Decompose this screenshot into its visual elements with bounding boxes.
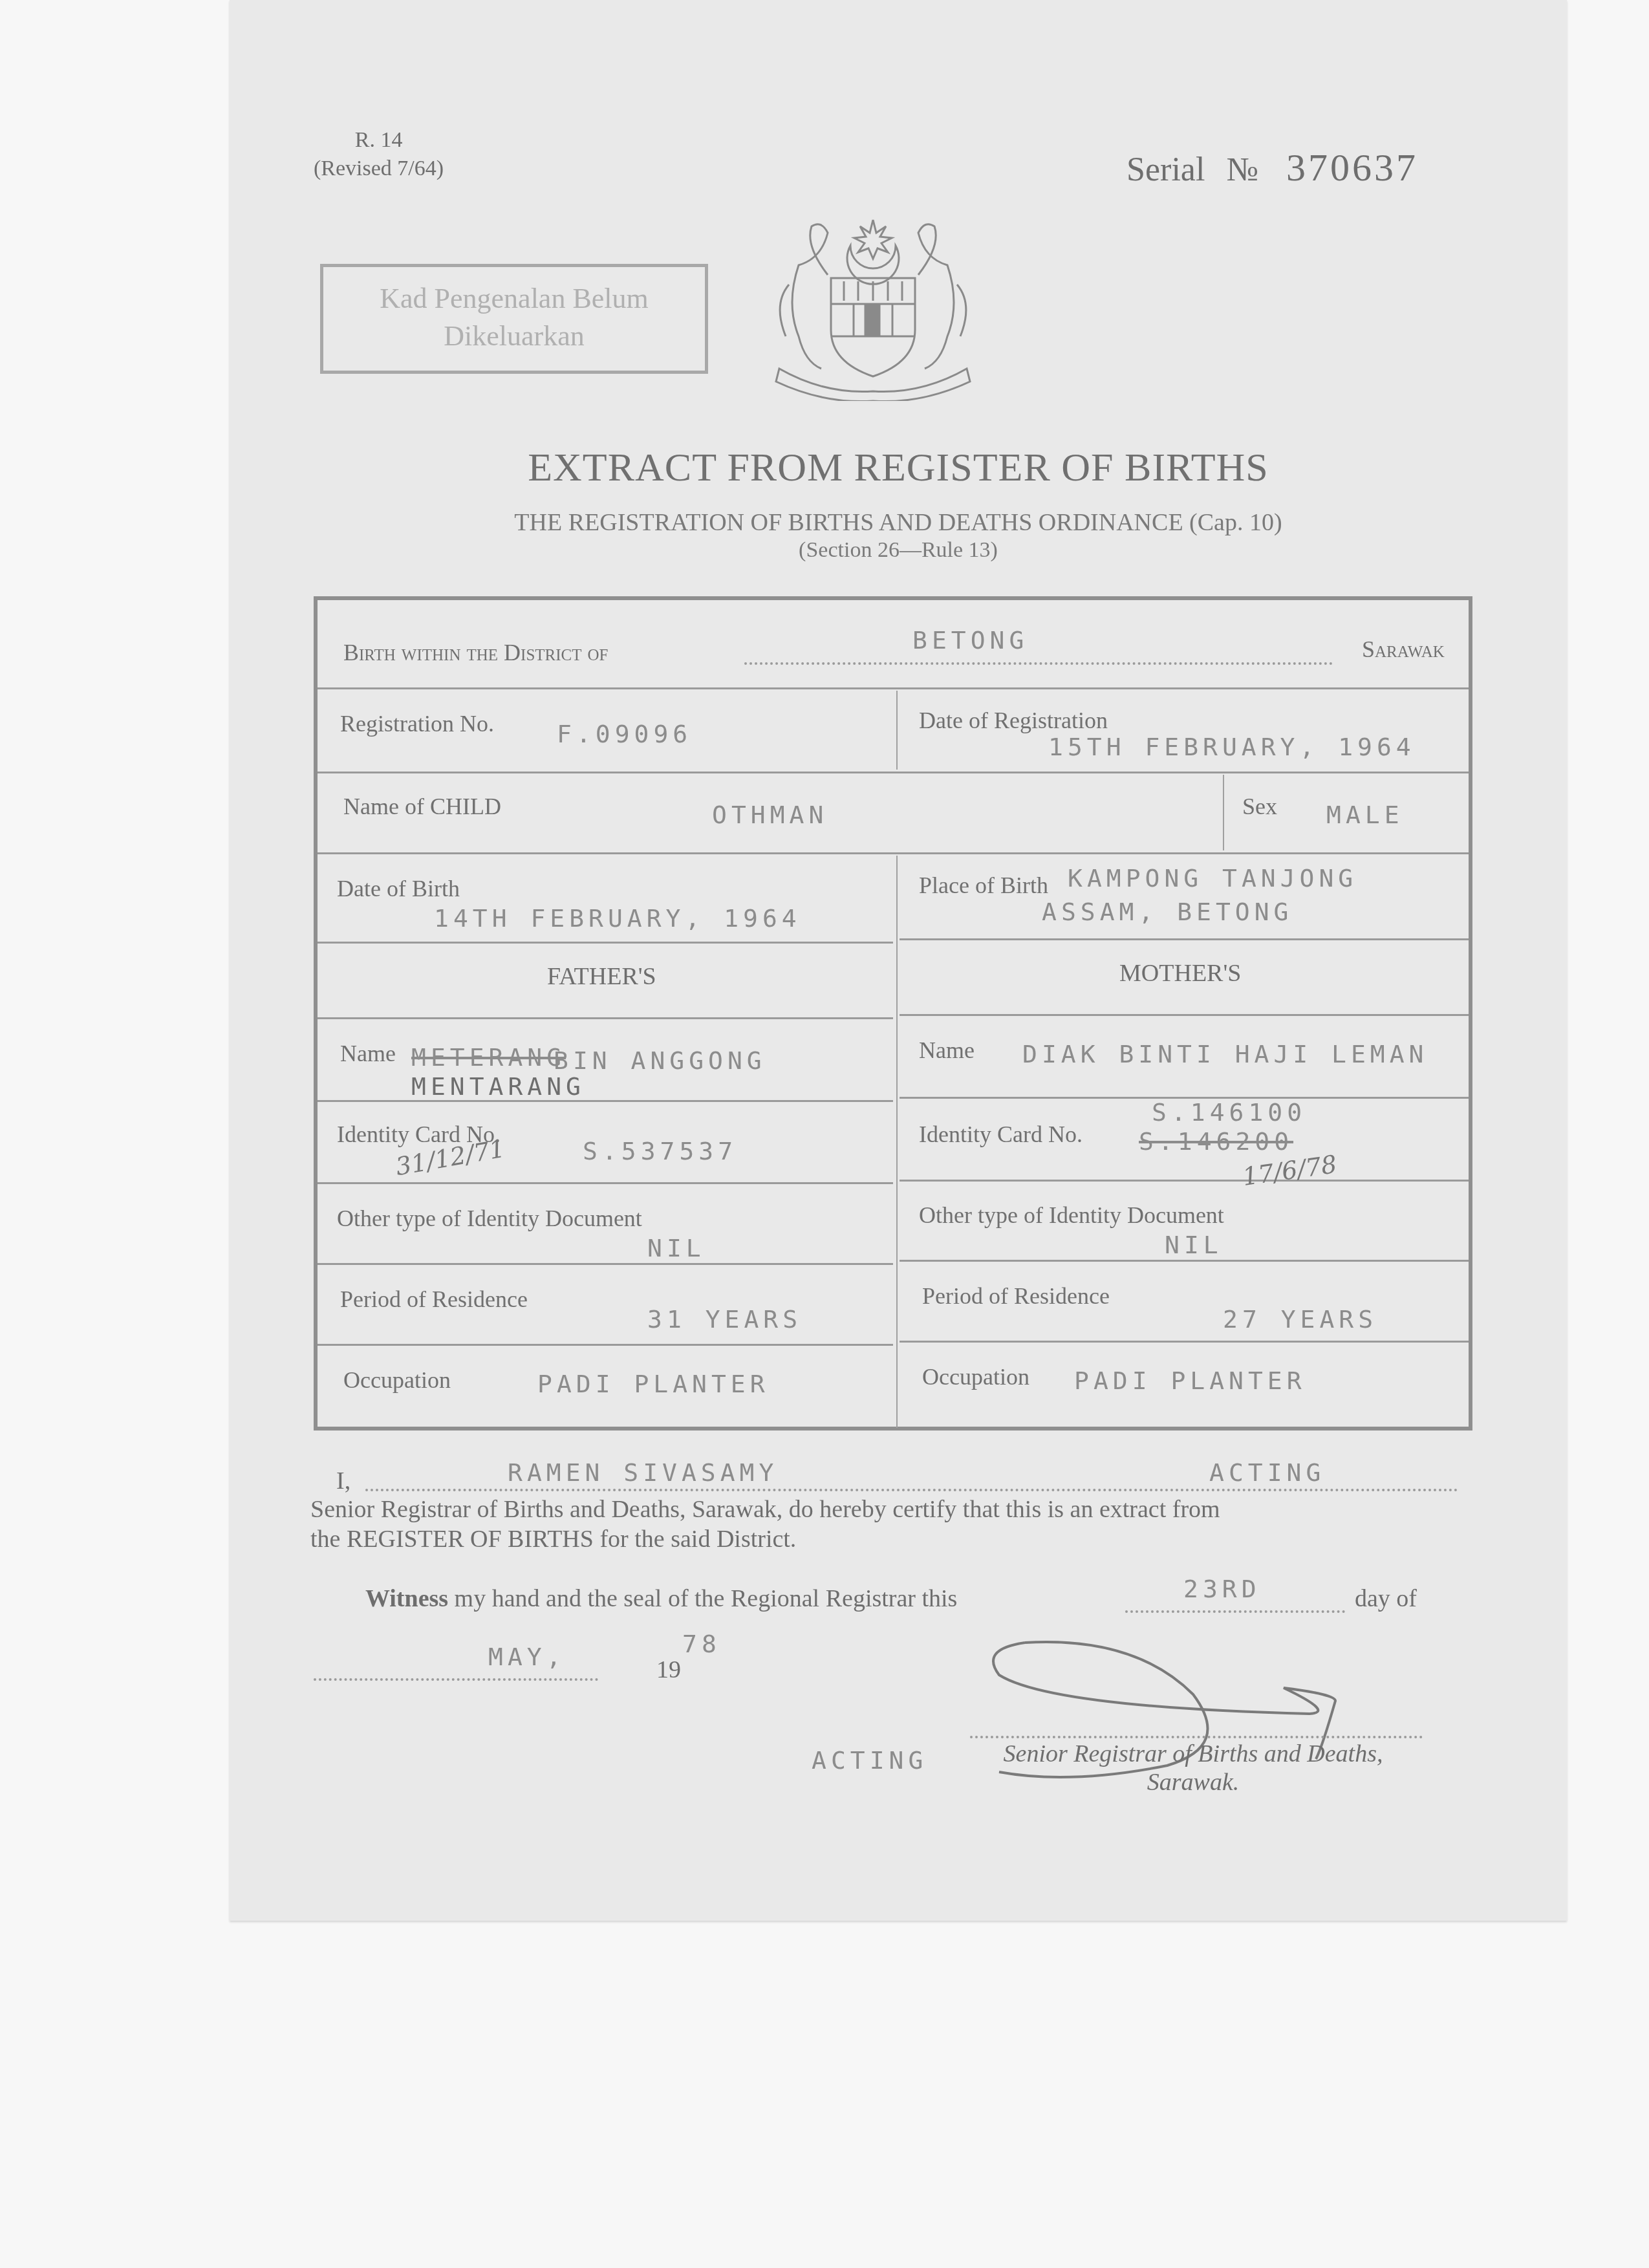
date-of-registration-label: Date of Registration [919,707,1108,734]
signature-status: ACTING [812,1746,927,1775]
date-of-registration-value: 15TH FEBRUARY, 1964 [1048,733,1416,761]
place-of-birth-line-2: ASSAM, BETONG [1042,898,1293,926]
cert-body-suffix: for the said District. [594,1526,796,1553]
witness-text: my hand and the seal of the Regional Reg… [448,1585,957,1612]
serial-symbol: № [1226,151,1258,188]
mother-other-id-label: Other type of Identity Document [919,1202,1224,1229]
signature-caption-line-2: Sarawak. [960,1768,1426,1797]
ordinance-title: THE REGISTRATION OF BIRTHS AND DEATHS OR… [230,508,1567,537]
mother-occupation-label: Occupation [922,1363,1029,1390]
father-name-struck: METERANG [411,1043,566,1072]
witness-line: Witness my hand and the seal of the Regi… [365,1584,957,1613]
form-number: R. 14 [314,126,444,155]
district-label: Birth within the District of [343,639,608,666]
mother-other-id-value: NIL [1165,1231,1223,1259]
registrar-status: ACTING [1209,1458,1325,1487]
mother-name-value: DIAK BINTI HAJI LEMAN [1022,1040,1428,1068]
stamp-line-1: Kad Pengenalan Belum [323,280,705,318]
registration-no-label: Registration No. [340,710,494,737]
father-occupation-value: PADI PLANTER [537,1370,770,1398]
child-name-label: Name of CHILD [343,793,501,820]
serial-number-block: Serial № 370637 [1126,146,1418,190]
serial-label: Serial [1126,151,1205,188]
day-value: 23RD [1183,1575,1261,1603]
section-reference: (Section 26—Rule 13) [230,538,1567,563]
sex-label: Sex [1242,793,1277,820]
date-of-birth-value: 14TH FEBRUARY, 1964 [434,904,801,933]
mother-ic-label: Identity Card No. [919,1121,1083,1148]
father-name-correction: MENTARANG [411,1072,585,1101]
father-ic-value: S.537537 [583,1137,737,1165]
mother-ic-struck: S.146200 [1139,1127,1293,1156]
serial-number: 370637 [1286,146,1418,189]
document-title: EXTRACT FROM REGISTER OF BIRTHS [230,445,1567,491]
father-name-value: BIN ANGGONG [554,1046,766,1075]
mother-name-label: Name [919,1037,975,1064]
father-name-label: Name [340,1040,396,1067]
mother-occupation-value: PADI PLANTER [1074,1366,1306,1395]
father-residence-label: Period of Residence [340,1286,528,1313]
birth-certificate-document: R. 14 (Revised 7/64) Serial № 370637 Kad… [230,0,1567,1921]
district-dotted-line [744,662,1333,665]
mother-residence-value: 27 YEARS [1223,1305,1377,1334]
signature-dotted-line [970,1736,1423,1738]
father-other-id-value: NIL [647,1234,706,1262]
father-residence-value: 31 YEARS [647,1305,802,1334]
year-prefix: 19 [656,1656,681,1684]
stamp-line-2: Dikeluarkan [323,318,705,355]
mother-ic-value: S.146100 [1152,1098,1306,1127]
place-of-birth-label: Place of Birth [919,872,1048,899]
signature-caption: Senior Registrar of Births and Deaths, S… [960,1740,1426,1797]
father-occupation-label: Occupation [343,1366,451,1394]
mother-ic-handwritten-annotation: 17/6/78 [1241,1150,1339,1191]
state-label: Sarawak [1362,636,1445,663]
witness-bold: Witness [365,1585,448,1612]
month-dotted-line [314,1678,598,1681]
cert-body-line-1: Senior Registrar of Births and Deaths, S… [310,1495,1220,1524]
month-value: MAY, [488,1643,566,1671]
year-value: 78 [682,1630,721,1658]
ic-not-issued-stamp: Kad Pengenalan Belum Dikeluarkan [320,264,708,374]
mother-heading: MOTHER'S [1119,959,1241,988]
coat-of-arms-icon [760,207,986,401]
mother-residence-label: Period of Residence [922,1282,1110,1310]
day-dotted-line [1125,1610,1345,1613]
cert-register-name: REGISTER OF BIRTHS [347,1526,594,1553]
registrar-name: RAMEN SIVASAMY [508,1458,778,1487]
register-table: Birth within the District of BETONG Sara… [314,596,1472,1431]
day-suffix: day of [1355,1584,1417,1613]
form-code: R. 14 (Revised 7/64) [314,126,444,183]
date-of-birth-label: Date of Birth [337,875,460,902]
form-revision: (Revised 7/64) [314,155,444,183]
district-value: BETONG [912,626,1028,654]
cert-body-line-2: the REGISTER OF BIRTHS for the said Dist… [310,1525,796,1553]
place-of-birth-line-1: KAMPONG TANJONG [1068,864,1357,892]
father-heading: FATHER'S [547,962,656,991]
father-other-id-label: Other type of Identity Document [337,1205,642,1232]
sex-value: MALE [1326,801,1404,829]
registrar-dotted-line [365,1489,1458,1491]
cert-body-prefix: the [310,1526,347,1553]
child-name-value: OTHMAN [712,801,828,829]
registration-no-value: F.09096 [557,720,692,748]
signature-caption-line-1: Senior Registrar of Births and Deaths, [960,1740,1426,1768]
cert-prefix: I, [336,1467,350,1495]
